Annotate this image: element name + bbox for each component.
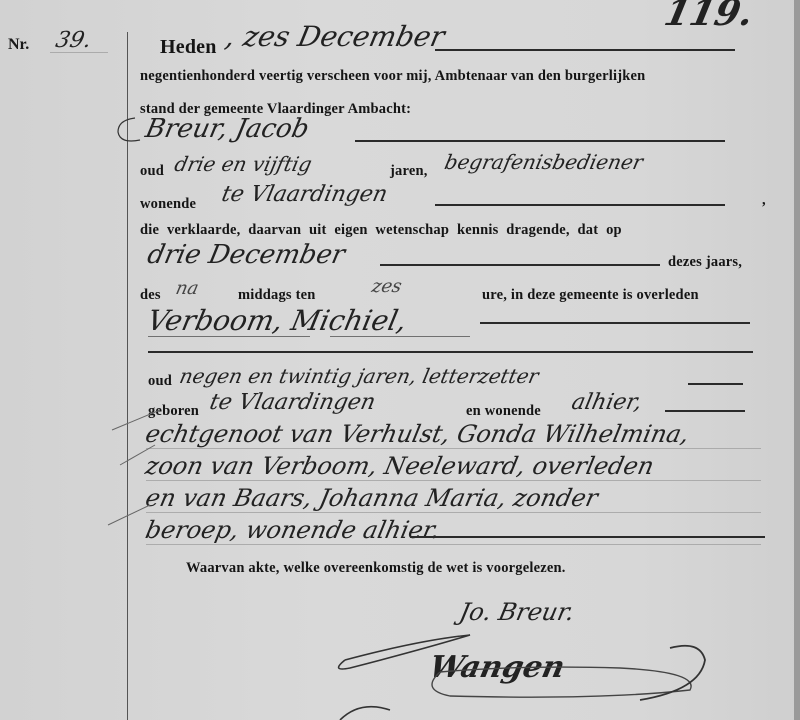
signature-flourishes xyxy=(0,0,800,720)
civil-death-record-page: Nr. 39. 119. Heden , zes December negent… xyxy=(0,0,800,720)
